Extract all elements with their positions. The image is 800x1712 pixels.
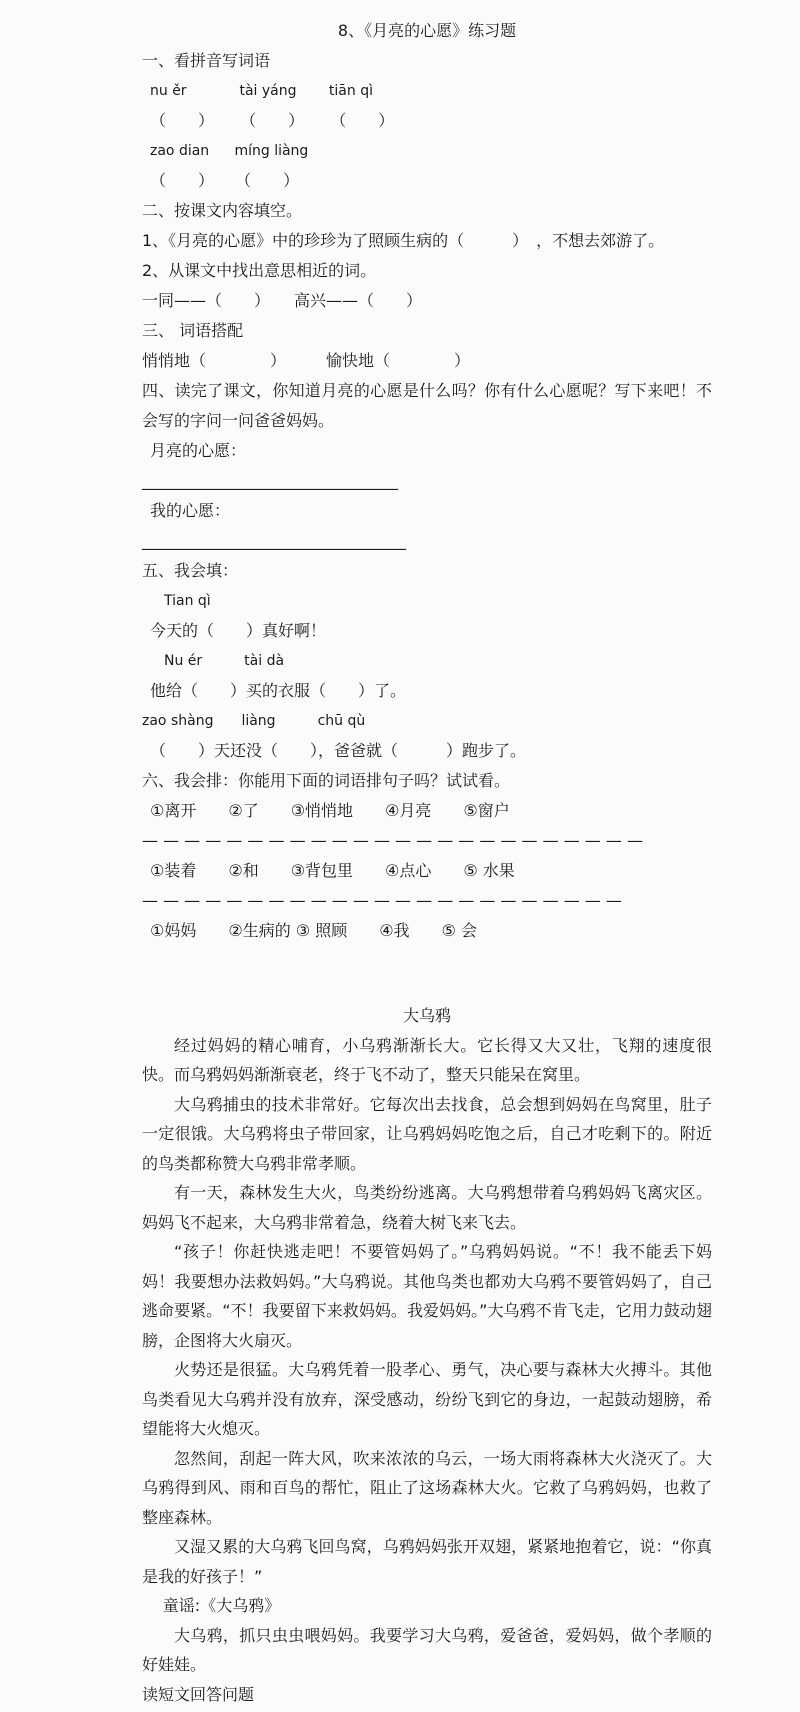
pinyin-row-2: zao dian míng liàng xyxy=(142,136,712,166)
word-group-3: ①妈妈 ②生病的 ③ 照顾 ④我 ⑤ 会 xyxy=(142,916,712,946)
answer-blank: （ ） xyxy=(150,166,230,196)
section-three-heading: 三、 词语搭配 xyxy=(142,316,712,346)
pinyin-hint-3: zao shàng liàng chū qù xyxy=(142,706,712,736)
dash-answer-line-2: — — — — — — — — — — — — — — — — — — — — … xyxy=(142,886,712,916)
dash-answer-line-1: — — — — — — — — — — — — — — — — — — — — … xyxy=(142,826,712,856)
my-wish-answer-line: _________________________________ xyxy=(142,526,712,556)
answer-blank: （ ） xyxy=(235,166,315,196)
word-group-2: ①装着 ②和 ③背包里 ④点心 ⑤ 水果 xyxy=(142,856,712,886)
pinyin-item: míng liàng xyxy=(234,136,314,166)
reading-passage: 大乌鸦 经过妈妈的精心哺育，小乌鸦渐渐长大。它长得又大又壮，飞翔的速度很快。而乌… xyxy=(142,1001,712,1709)
section-four-heading: 四、读完了课文，你知道月亮的心愿是什么吗？你有什么心愿呢？写下来吧！不会写的字问… xyxy=(142,376,712,436)
my-wish-label: 我的心愿： xyxy=(142,496,712,526)
story-paragraph: “孩子！你赶快逃走吧！不要管妈妈了。”乌鸦妈妈说。“不！我不能丢下妈妈！我要想办… xyxy=(142,1237,712,1355)
section-spacer xyxy=(142,946,712,1001)
moon-wish-label: 月亮的心愿： xyxy=(142,436,712,466)
pinyin-item: tài yáng xyxy=(239,76,324,106)
pinyin-item: tiān qì xyxy=(329,76,414,106)
pinyin-hint-2: Nu ér tài dà xyxy=(142,646,712,676)
answer-blank: （ ） xyxy=(240,106,325,136)
page-title: 8、《月亮的心愿》练习题 xyxy=(142,16,712,46)
section-two-heading: 二、按课文内容填空。 xyxy=(142,196,712,226)
pinyin-item: zao dian xyxy=(150,136,230,166)
word-match-line: 悄悄地（ ） 愉快地（ ） xyxy=(142,346,712,376)
pinyin-item: nu ěr xyxy=(150,76,235,106)
fill-line-1: 今天的（ ）真好啊！ xyxy=(142,616,712,646)
story-paragraph: 又湿又累的大乌鸦飞回鸟窝，乌鸦妈妈张开双翅，紧紧地抱着它，说：“你真是我的好孩子… xyxy=(142,1532,712,1591)
answer-blank: （ ） xyxy=(150,106,235,136)
question-2-blanks: 一同——（ ） 高兴——（ ） xyxy=(142,286,712,316)
pinyin-hint-1: Tian qì xyxy=(142,586,712,616)
story-paragraph: 忽然间，刮起一阵大风，吹来浓浓的乌云，一场大雨将森林大火浇灭了。大乌鸦得到风、雨… xyxy=(142,1444,712,1533)
section-six-heading: 六、我会排：你能用下面的词语排句子吗？试试看。 xyxy=(142,766,712,796)
word-group-1: ①离开 ②了 ③悄悄地 ④月亮 ⑤窗户 xyxy=(142,796,712,826)
fill-line-3: （ ）天还没（ ），爸爸就（ ）跑步了。 xyxy=(142,736,712,766)
blank-row-1: （ ） （ ） （ ） xyxy=(142,106,712,136)
story-paragraph: 经过妈妈的精心哺育，小乌鸦渐渐长大。它长得又大又壮，飞翔的速度很快。而乌鸦妈妈渐… xyxy=(142,1031,712,1090)
question-2: 2、从课文中找出意思相近的词。 xyxy=(142,256,712,286)
fill-line-2: 他给（ ）买的衣服（ ）了。 xyxy=(142,676,712,706)
story-paragraph: 有一天，森林发生大火，鸟类纷纷逃离。大乌鸦想带着乌鸦妈妈飞离灾区。妈妈飞不起来，… xyxy=(142,1178,712,1237)
story-footer: 读短文回答问题 xyxy=(142,1680,712,1710)
blank-row-2: （ ） （ ） xyxy=(142,166,712,196)
section-five-heading: 五、我会填： xyxy=(142,556,712,586)
answer-blank: （ ） xyxy=(330,106,415,136)
moon-wish-answer-line: ________________________________ xyxy=(142,466,712,496)
story-paragraph: 火势还是很猛。大乌鸦凭着一股孝心、勇气，决心要与森林大火搏斗。其他鸟类看见大乌鸦… xyxy=(142,1355,712,1444)
pinyin-row-1: nu ěr tài yáng tiān qì xyxy=(142,76,712,106)
section-one-heading: 一、看拼音写词语 xyxy=(142,46,712,76)
story-title: 大乌鸦 xyxy=(142,1001,712,1031)
rhyme-label: 童谣:《大乌鸦》 xyxy=(142,1591,712,1621)
story-paragraph: 大乌鸦捕虫的技术非常好。它每次出去找食，总会想到妈妈在鸟窝里，肚子一定很饿。大乌… xyxy=(142,1090,712,1179)
rhyme-text: 大乌鸦，抓只虫虫喂妈妈。我要学习大乌鸦，爱爸爸，爱妈妈，做个孝顺的好娃娃。 xyxy=(142,1621,712,1680)
worksheet-page: 8、《月亮的心愿》练习题 一、看拼音写词语 nu ěr tài yáng tiā… xyxy=(0,0,800,1712)
question-1: 1、《月亮的心愿》中的珍珍为了照顾生病的（ ） ，不想去郊游了。 xyxy=(142,226,712,256)
